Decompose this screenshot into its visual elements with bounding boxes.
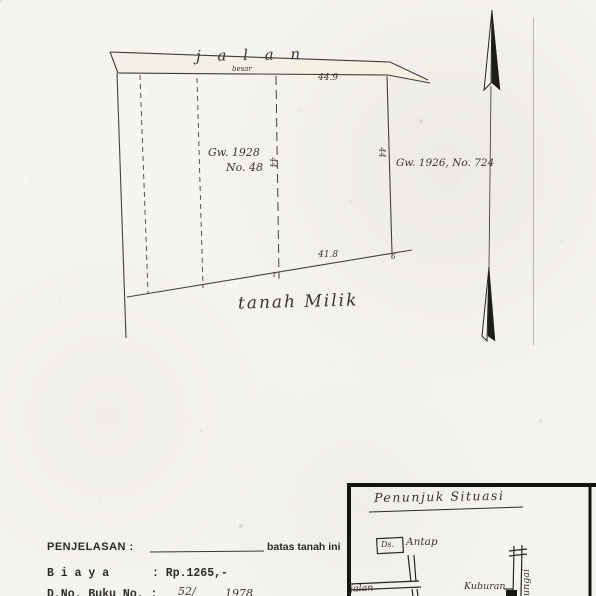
point-mark-right: 6 xyxy=(391,253,395,261)
bottom-boundary xyxy=(127,250,412,297)
long-dash-division xyxy=(276,76,279,278)
dashed-division-1 xyxy=(140,75,148,293)
biaya-label: B i a y a xyxy=(47,567,109,580)
penjelasan-suffix: batas tanah ini xyxy=(267,541,341,553)
biaya-value: : Rp.1265,- xyxy=(152,567,228,580)
penjelasan-label: PENJELASAN : xyxy=(47,541,134,553)
clipped-line-value2: 1978 xyxy=(225,587,253,596)
parcel-left-id-line2: No. 48 xyxy=(226,161,263,174)
inset-landmark-square xyxy=(506,590,517,596)
dashed-division-2 xyxy=(197,78,203,288)
north-arrow-icon xyxy=(482,10,500,341)
bottom-area-label: tanah Milik xyxy=(238,290,359,313)
right-boundary xyxy=(387,76,392,253)
bottom-length-value: 41.8 xyxy=(318,250,338,260)
cemetery-label: Kuburan xyxy=(464,581,506,592)
left-boundary xyxy=(117,73,126,338)
inset-title: Penunjuk Situasi xyxy=(374,488,505,505)
village-box-label: Ds. xyxy=(381,540,394,549)
point-mark-mid: t xyxy=(273,271,276,279)
road-label: j a l a n xyxy=(196,45,306,65)
parcel-right-id: Gw. 1926, No. 724 xyxy=(396,157,494,169)
parcel-left-id-line1: Gw. 1928 xyxy=(208,146,260,159)
depth-mark-right: 44 xyxy=(378,147,387,157)
inset-title-underline xyxy=(369,507,523,512)
inset-road-label: jalan xyxy=(350,582,374,594)
clipped-line-value1: 52/ xyxy=(178,585,196,596)
clipped-line-label: D.No. Buku No. : xyxy=(47,588,157,596)
road-sublabel: besar xyxy=(232,65,252,73)
river-label: sungai xyxy=(521,569,532,596)
depth-mark-mid: 44 xyxy=(269,157,278,167)
village-name-label: Antap xyxy=(406,536,438,548)
top-length-value: 44.9 xyxy=(318,73,338,83)
scanned-survey-document: j a l a n besar 44.9 Gw. 1928 No. 48 44 … xyxy=(0,0,596,596)
